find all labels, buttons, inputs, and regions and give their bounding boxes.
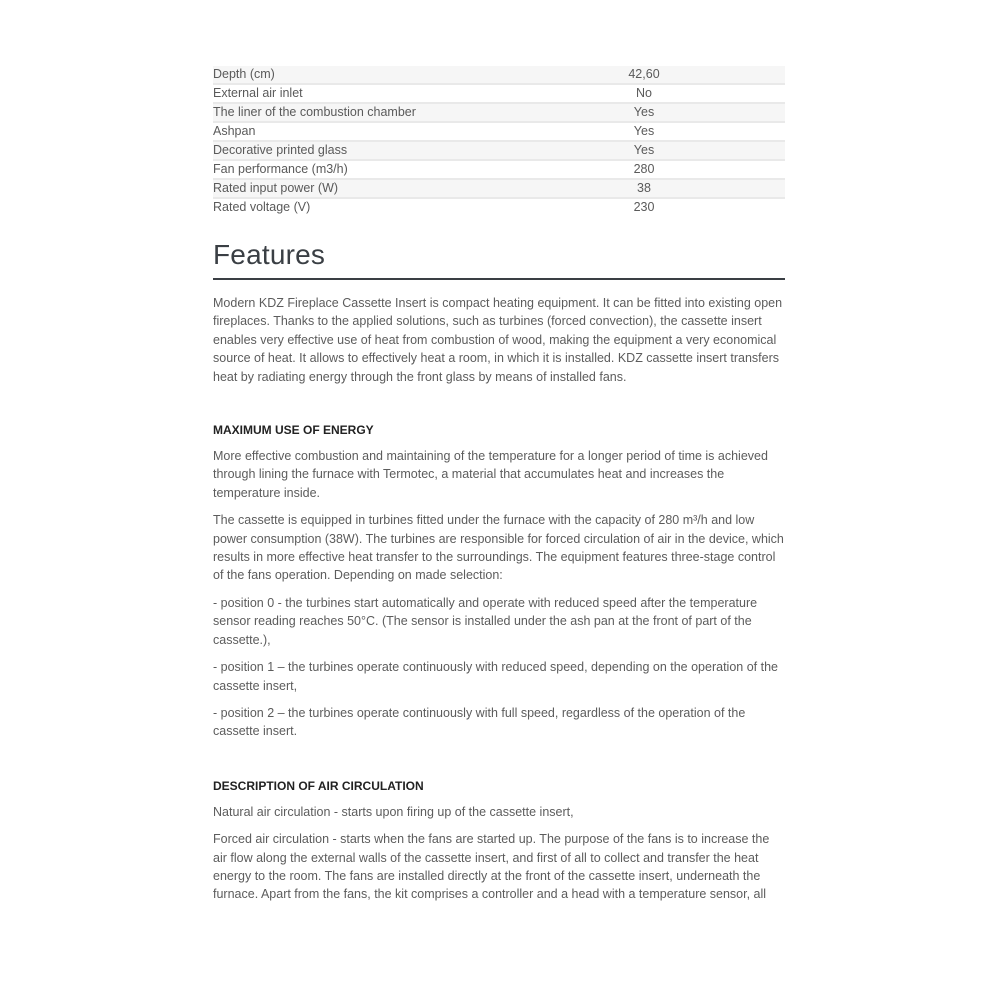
paragraph: - position 2 – the turbines operate cont… (213, 704, 785, 741)
section-heading-energy: MAXIMUM USE OF ENERGY (213, 423, 785, 437)
spec-label: External air inlet (213, 84, 513, 103)
table-row: Rated voltage (V)230 (213, 198, 785, 216)
spec-value: Yes (513, 141, 785, 160)
paragraph: - position 0 - the turbines start automa… (213, 594, 785, 649)
table-row: External air inletNo (213, 84, 785, 103)
features-title: Features (213, 238, 785, 280)
table-row: AshpanYes (213, 122, 785, 141)
section-heading-air-circulation: DESCRIPTION OF AIR CIRCULATION (213, 779, 785, 793)
spec-label: Depth (cm) (213, 66, 513, 84)
table-row: Rated input power (W)38 (213, 179, 785, 198)
paragraph: Forced air circulation - starts when the… (213, 830, 785, 904)
spec-value: Yes (513, 122, 785, 141)
spec-value: Yes (513, 103, 785, 122)
table-row: The liner of the combustion chamberYes (213, 103, 785, 122)
features-intro: Modern KDZ Fireplace Cassette Insert is … (213, 294, 785, 386)
spec-label: Ashpan (213, 122, 513, 141)
table-row: Depth (cm)42,60 (213, 66, 785, 84)
table-row: Fan performance (m3/h)280 (213, 160, 785, 179)
product-content: Depth (cm)42,60 External air inletNo The… (213, 66, 785, 904)
paragraph: The cassette is equipped in turbines fit… (213, 511, 785, 585)
spec-label: The liner of the combustion chamber (213, 103, 513, 122)
specifications-table: Depth (cm)42,60 External air inletNo The… (213, 66, 785, 216)
spec-label: Decorative printed glass (213, 141, 513, 160)
spec-label: Fan performance (m3/h) (213, 160, 513, 179)
spec-label: Rated input power (W) (213, 179, 513, 198)
spec-value: 38 (513, 179, 785, 198)
paragraph: More effective combustion and maintainin… (213, 447, 785, 502)
paragraph: - position 1 – the turbines operate cont… (213, 658, 785, 695)
spec-value: 42,60 (513, 66, 785, 84)
table-row: Decorative printed glassYes (213, 141, 785, 160)
spec-value: No (513, 84, 785, 103)
paragraph: Natural air circulation - starts upon fi… (213, 803, 785, 821)
spec-value: 230 (513, 198, 785, 216)
spec-value: 280 (513, 160, 785, 179)
spec-label: Rated voltage (V) (213, 198, 513, 216)
